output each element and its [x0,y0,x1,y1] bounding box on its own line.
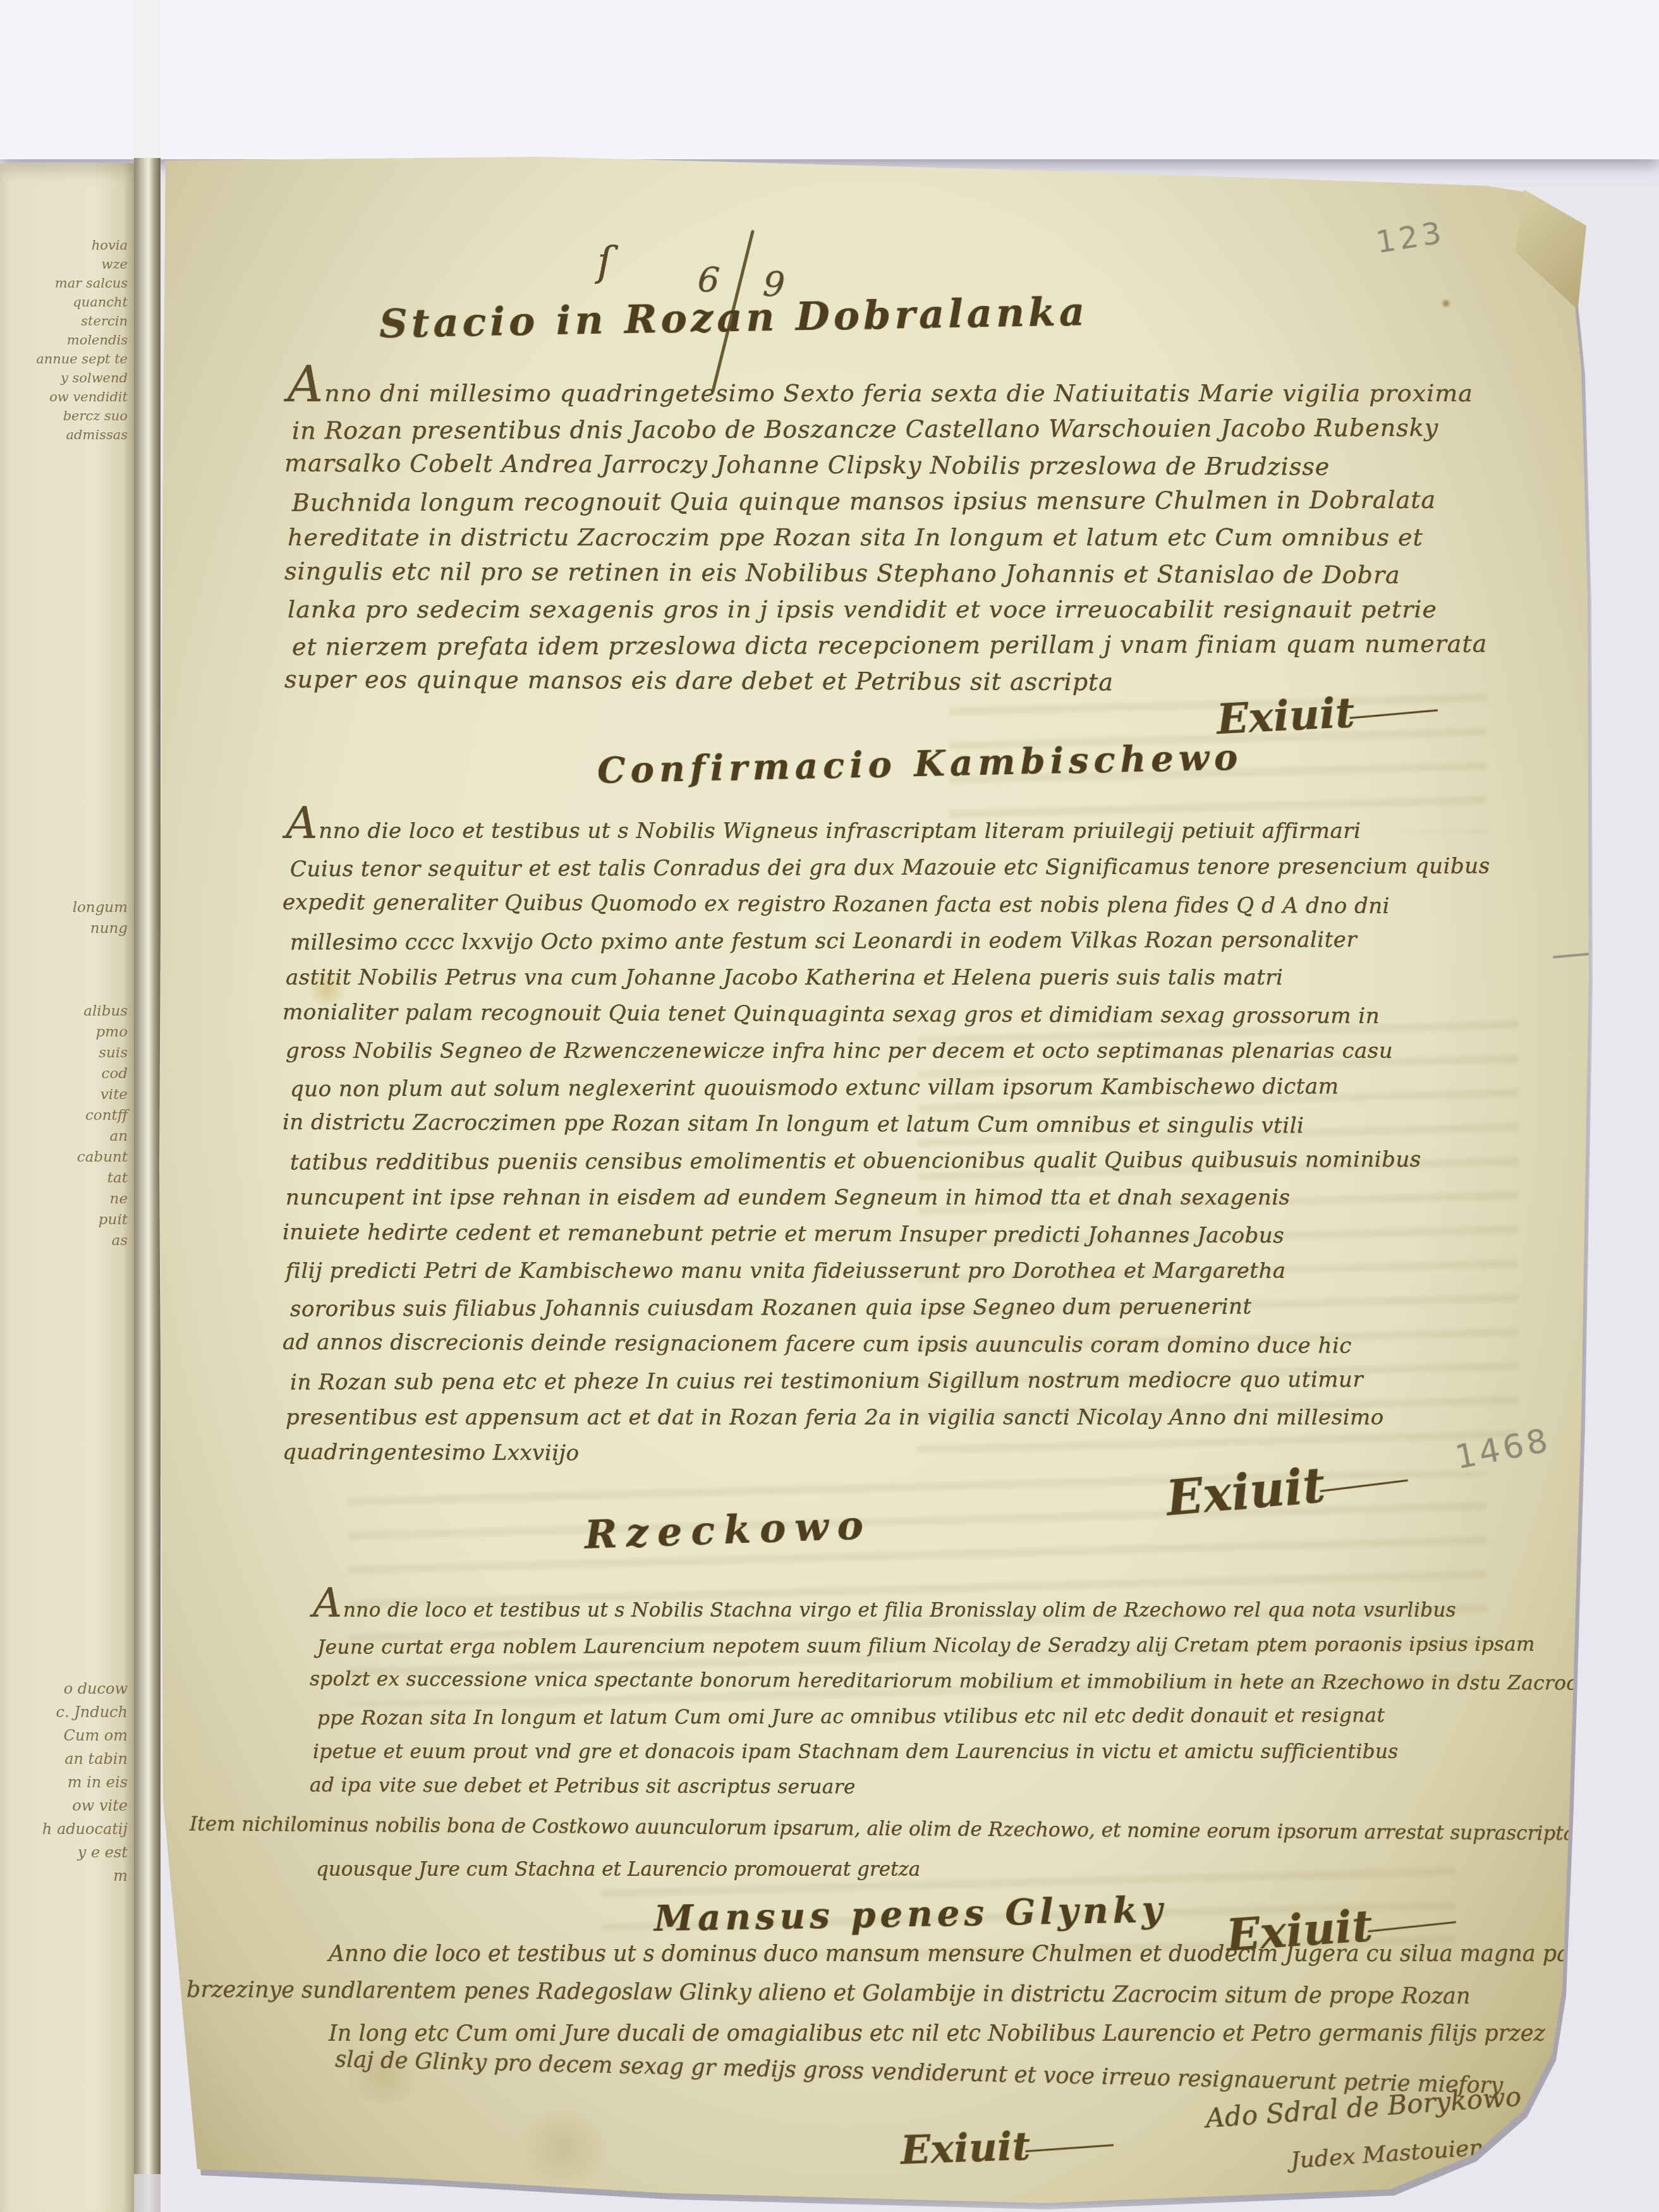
exit-mark-3: Exiuit [1225,1893,1457,1961]
manuscript-line: in districtu Zacroczimen ppe Rozan sitam… [283,1110,1483,1151]
folio-number-ink: 6 9 [696,259,803,306]
folio-slash-mark [711,229,755,392]
facing-page-fragments-middle: longumnungalibuspmosuiscodvitecontffanca… [73,899,128,1253]
manuscript-line: filij predicti Petri de Kambischewo manu… [286,1258,1486,1295]
heading-mansus-penes-glynky: Mansus penes Glynky [653,1889,1167,1940]
bleedthrough-patch [918,1010,1518,1452]
manuscript-line: Anno dni millesimo quadringetesimo Sexto… [288,379,1483,415]
manuscript-line: inuiete hedirte cedent et remanebunt pet… [283,1220,1483,1261]
entry-4-line-3: In long etc Cum omi Jure ducali de omagi… [329,2021,1545,2046]
margin-fragment: c. Jnduch [42,1703,128,1727]
margin-fragment: mar salcus [36,276,128,295]
manuscript-line: et nierzem prefata idem przeslowa dicta … [292,630,1488,669]
margin-fragment: m [42,1867,128,1890]
margin-fragment: o ducow [42,1680,128,1703]
entry-3-addendum-line-2: quousque Jure cum Stachna et Laurencio p… [316,1858,920,1881]
manuscript-line: hereditate in districtu Zacroczim ppe Ro… [288,523,1483,559]
facing-page-fragments-lower: o ducowc. JnduchCum oman tabinm in eisow… [42,1680,128,1890]
margin-fragment: suis [73,1045,128,1066]
margin-fragment: pmo [73,1024,128,1045]
manuscript-line: expedit generaliter Quibus Quomodo ex re… [283,890,1483,931]
entry-4-line-2: brzezinye sundlarentem penes Radegoslaw … [186,1978,1471,2010]
manuscript-line: monialiter palam recognouit Quia tenet Q… [283,1000,1483,1041]
backing-sheet [0,0,1659,159]
manuscript-line: quo non plum aut solum neglexerint quoui… [290,1074,1490,1114]
manuscript-line: sororibus suis filiabus Johannis cuiusda… [290,1294,1490,1334]
margin-fragment: ow vite [42,1797,128,1820]
bleedthrough-patch [349,1471,1486,1705]
facing-page-edge: hoviawzemar salcusquanchtstercinmolendis… [0,163,134,2212]
manuscript-line: ad ipa vite sue debet et Petribus sit as… [310,1773,1577,1813]
margin-fragment: wze [36,257,128,276]
heading-stacio-in-rozan-dobralanka: Stacio in Rozan Dobralanka [379,288,1088,347]
heading-confirmacio-kambischewo: Confirmacio Kambischewo [597,736,1243,791]
year-pencil: 1468 [1452,1421,1554,1477]
manuscript-line: spolzt ex successione vnica spectante bo… [310,1667,1577,1707]
margin-fragment: an tabin [42,1750,128,1773]
rust-spot [1441,299,1451,308]
manuscript-line: gross Nobilis Segneo de Rzwenczenewicze … [286,1038,1486,1075]
folio-number-pencil: 123 [1373,215,1447,260]
margin-fragment: m in eis [42,1773,128,1797]
margin-fragment: longum [73,899,128,920]
ink-stain [305,972,349,1007]
manuscript-line: millesimo cccc lxxvijo Octo pximo ante f… [290,927,1490,967]
margin-fragment: Cum om [42,1727,128,1750]
manuscript-line: Jeune curtat erga noblem Laurencium nepo… [317,1632,1585,1671]
tan-stain [513,2110,614,2185]
margin-fragment: h aduocatij [42,1820,128,1844]
heading-rzeckowo: Rzeckowo [584,1502,873,1558]
manuscript-line: super eos quinque mansos eis dare debet … [284,665,1480,706]
manuscript-line: Buchnida longum recognouit Quia quinque … [292,486,1488,525]
margin-fragment: ow vendidit [36,389,128,408]
manuscript-line: singulis etc nil pro se retinen in eis N… [284,557,1480,598]
signature-line-1: Ado Sdral de Borykowo [1205,2081,1522,2134]
margin-fragment: puit [73,1212,128,1232]
manuscript-line: presentibus est appensum act et dat in R… [286,1405,1486,1442]
margin-fragment: ne [73,1191,128,1212]
exit-mark-2: Exiuit [1164,1449,1411,1526]
bleedthrough-patch [602,1863,1455,1958]
entry-4-line-1: Anno die loco et testibus ut s dominus d… [329,1942,1635,1967]
manuscript-line: ad annos discrecionis deinde resignacion… [283,1330,1483,1371]
manuscript-line: ppe Rozan sita In longum et latum Cum om… [317,1703,1585,1742]
exit-mark-4: Exiuit [900,2120,1114,2173]
margin-fragment: quancht [36,295,128,313]
margin-fragment: bercz suo [36,408,128,427]
exit-mark-1: Exiuit [1215,683,1439,744]
pencil-dash [1553,952,1589,958]
manuscript-line: in Rozan presentibus dnis Jacobo de Bosz… [292,414,1488,453]
entry-3-addendum-line-1: Item nichilominus nobilis bona de Costko… [190,1813,1575,1845]
margin-fragment: as [73,1232,128,1253]
bleedthrough-patch [949,681,1486,833]
manuscript-page: ſ 6 9 123 1468 Stacio in Rozan Dobralank… [159,157,1589,2204]
margin-fragment: admissas [36,427,128,446]
manuscript-line: marsalko Cobelt Andrea Jarroczy Johanne … [284,449,1480,490]
margin-fragment: cabunt [73,1149,128,1170]
margin-fragment: molendis [36,332,128,351]
facing-page-fragments-upper: hoviawzemar salcusquanchtstercinmolendis… [36,238,128,446]
binding-gutter-strip [134,0,161,2212]
manuscript-line: in Rozan sub pena etc et pheze In cuius … [290,1367,1490,1407]
entry-3-paragraph: Anno die loco et testibus ut s Nobilis S… [313,1599,1581,1811]
manuscript-line: tatibus redditibus pueniis censibus emol… [290,1147,1490,1187]
manuscript-line: quadringentesimo Lxxviijo [283,1440,1483,1481]
manuscript-line: lanka pro sedecim sexagenis gros in j ip… [288,595,1483,631]
manuscript-line: Anno die loco et testibus ut s Nobilis W… [286,818,1486,855]
manuscript-line: Cuius tenor sequitur et est talis Conrad… [290,854,1490,894]
margin-fragment: alibus [73,1003,128,1024]
manuscript-line: astitit Nobilis Petrus vna cum Johanne J… [286,965,1486,1002]
margin-fragment: cod [73,1066,128,1086]
margin-fragment: stercin [36,313,128,332]
margin-fragment: y e est [42,1844,128,1867]
entry-1-paragraph: Anno dni millesimo quadringetesimo Sexto… [288,379,1483,703]
margin-fragment: contff [73,1107,128,1128]
pen-mark: ſ [597,239,612,286]
manuscript-line: ipetue et euum prout vnd gre et donacois… [313,1741,1581,1776]
margin-fragment: vite [73,1086,128,1107]
margin-fragment: annue sept te [36,351,128,370]
margin-fragment: an [73,1128,128,1149]
margin-fragment: y solwend [36,370,128,389]
tan-stain [343,2046,425,2103]
manuscript-line: nuncupent int ipse rehnan in eisdem ad e… [286,1185,1486,1222]
margin-fragment: nung [73,920,128,941]
manuscript-line: Anno die loco et testibus ut s Nobilis S… [313,1599,1581,1634]
entry-4-line-4: slaj de Glinky pro decem sexag gr medijs… [335,2047,1504,2099]
entry-2-paragraph: Anno die loco et testibus ut s Nobilis W… [286,818,1486,1478]
margin-fragment: hovia [36,238,128,257]
manuscript-photo: hoviawzemar salcusquanchtstercinmolendis… [0,0,1659,2212]
margin-fragment: tat [73,1170,128,1191]
